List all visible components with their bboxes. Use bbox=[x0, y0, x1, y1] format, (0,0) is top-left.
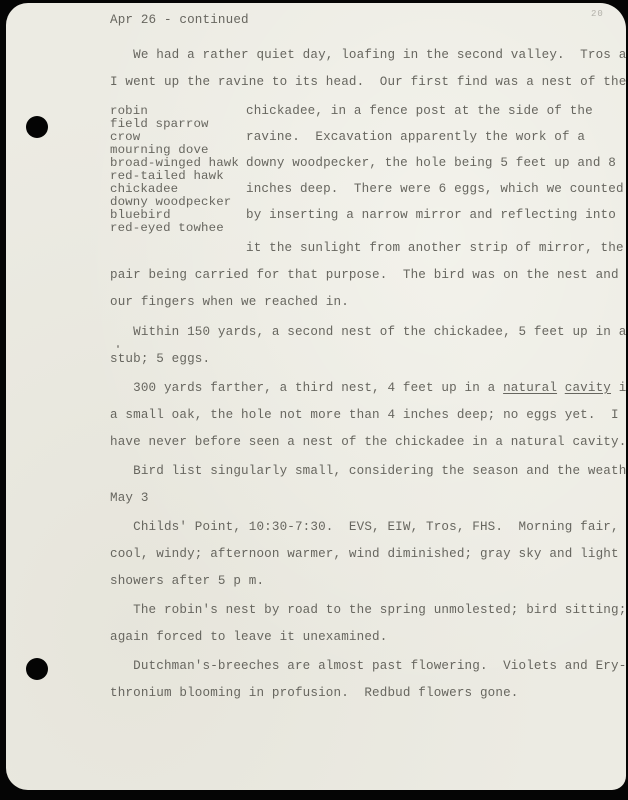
body-line: by inserting a narrow mirror and reflect… bbox=[246, 208, 616, 222]
bird-list-item: crow bbox=[110, 130, 140, 144]
body-line: showers after 5 p m. bbox=[110, 574, 264, 588]
bird-list-item: bluebird bbox=[110, 208, 171, 222]
text-segment: 300 yards farther, a third nest, 4 feet … bbox=[110, 381, 503, 395]
body-line: inches deep. There were 6 eggs, which we… bbox=[246, 182, 624, 196]
body-line: Dutchman's-breeches are almost past flow… bbox=[110, 659, 626, 673]
bird-list-item: mourning dove bbox=[110, 143, 209, 157]
body-line: Within 150 yards, a second nest of the c… bbox=[110, 325, 626, 339]
body-line: The robin's nest by road to the spring u… bbox=[110, 603, 626, 617]
body-line: cool, windy; afternoon warmer, wind dimi… bbox=[110, 547, 619, 561]
body-line: I went up the ravine to its head. Our fi… bbox=[110, 75, 626, 89]
bird-list-item: red-eyed towhee bbox=[110, 221, 224, 235]
body-line: chickadee, in a fence post at the side o… bbox=[246, 104, 593, 118]
body-line: pair being carried for that purpose. The… bbox=[110, 268, 626, 282]
page-number: 20 bbox=[591, 9, 604, 19]
underlined-term: natural bbox=[503, 381, 557, 395]
bird-list-item: downy woodpecker bbox=[110, 195, 231, 209]
body-line: Bird list singularly small, considering … bbox=[110, 464, 626, 478]
punch-hole-bottom bbox=[26, 658, 48, 680]
body-line: downy woodpecker, the hole being 5 feet … bbox=[246, 156, 616, 170]
entry-date: May 3 bbox=[110, 491, 149, 505]
body-line: Childs' Point, 10:30-7:30. EVS, EIW, Tro… bbox=[110, 520, 619, 534]
body-line: it the sunlight from another strip of mi… bbox=[246, 241, 624, 255]
punch-hole-top bbox=[26, 116, 48, 138]
text-segment: in a bbox=[611, 381, 626, 395]
body-line: thronium blooming in profusion. Redbud f… bbox=[110, 686, 519, 700]
stray-ink-mark bbox=[117, 345, 119, 348]
body-line: stub; 5 eggs. bbox=[110, 352, 210, 366]
body-line: again forced to leave it unexamined. bbox=[110, 630, 387, 644]
bird-list-item: robin bbox=[110, 104, 148, 118]
bird-list-item: field sparrow bbox=[110, 117, 209, 131]
bird-list-item: chickadee bbox=[110, 182, 178, 196]
text-segment bbox=[557, 381, 565, 395]
body-line: a small oak, the hole not more than 4 in… bbox=[110, 408, 619, 422]
underlined-term: cavity bbox=[565, 381, 611, 395]
body-line: We had a rather quiet day, loafing in th… bbox=[110, 48, 626, 62]
body-line: our fingers when we reached in. bbox=[110, 295, 349, 309]
body-line: have never before seen a nest of the chi… bbox=[110, 435, 626, 449]
bird-list-item: broad-winged hawk bbox=[110, 156, 239, 170]
bird-list-item: red-tailed hawk bbox=[110, 169, 224, 183]
typed-journal-page: 20 Apr 26 - continued We had a rather qu… bbox=[6, 3, 626, 790]
entry-header: Apr 26 - continued bbox=[110, 13, 249, 27]
body-line: ravine. Excavation apparently the work o… bbox=[246, 130, 585, 144]
body-line-with-underline: 300 yards farther, a third nest, 4 feet … bbox=[110, 381, 626, 395]
